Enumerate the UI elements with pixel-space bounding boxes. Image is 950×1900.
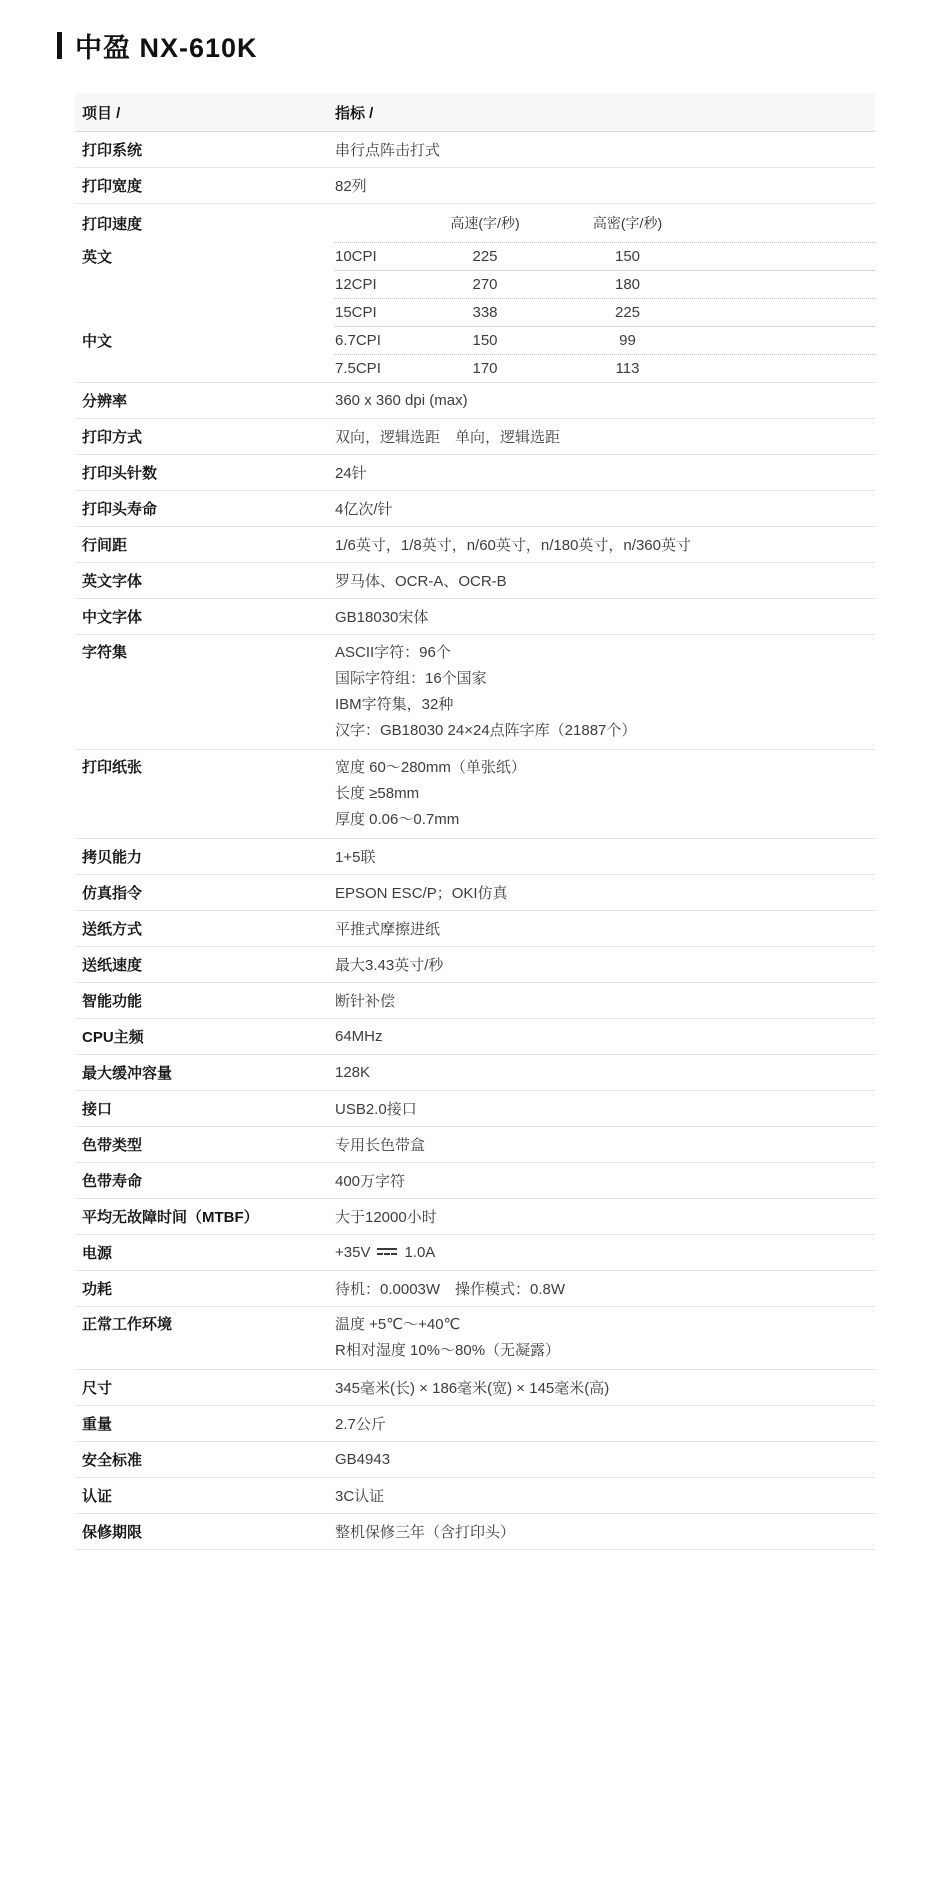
- row-label: 打印纸张: [75, 755, 335, 781]
- speed-value-dense: 113: [555, 360, 700, 377]
- table-row: 送纸速度最大3.43英寸/秒: [75, 947, 875, 983]
- table-row: 分辨率360 x 360 dpi (max): [75, 383, 875, 419]
- row-label: 色带寿命: [75, 1170, 335, 1191]
- row-value-line: ASCII字符：96个: [335, 640, 636, 666]
- row-value: 3C认证: [335, 1485, 384, 1506]
- speed-group-label: 英文: [75, 242, 335, 270]
- table-row: CPU主频64MHz: [75, 1019, 875, 1055]
- row-value: 双向，逻辑选距 单向，逻辑选距: [335, 426, 560, 447]
- speed-group-label: 中文: [75, 326, 335, 354]
- row-value: EPSON ESC/P；OKI仿真: [335, 882, 508, 903]
- row-value: 1+5联: [335, 846, 375, 867]
- row-label: 正常工作环境: [75, 1312, 335, 1338]
- speed-cpi-label: 6.7CPI: [335, 332, 415, 349]
- row-value: GB4943: [335, 1451, 390, 1468]
- table-row: 送纸方式平推式摩擦进纸: [75, 911, 875, 947]
- row-value: ASCII字符：96个国际字符组：16个国家IBM字符集，32种汉字：GB180…: [335, 640, 636, 744]
- row-label: 保修期限: [75, 1521, 335, 1542]
- header-spec-cell: 指标 /: [335, 102, 373, 123]
- speed-value-fast: 270: [415, 276, 555, 293]
- speed-row: 15CPI338225: [75, 298, 875, 326]
- table-row: 最大缓冲容量128K: [75, 1055, 875, 1091]
- row-value-line: 厚度 0.06～0.7mm: [335, 807, 526, 833]
- spec-table: 项目 / 指标 / 打印系统串行点阵击打式打印宽度82列打印速度高速(字/秒)高…: [75, 93, 875, 1550]
- row-label: 送纸方式: [75, 918, 335, 939]
- table-row: 电源+35V1.0A: [75, 1235, 875, 1271]
- table-row: 打印头针数24针: [75, 455, 875, 491]
- speed-col-header-fast: 高速(字/秒): [415, 213, 555, 233]
- row-label: CPU主频: [75, 1026, 335, 1047]
- speed-value-fast: 225: [415, 248, 555, 265]
- table-row: 智能功能断针补偿: [75, 983, 875, 1019]
- speed-col-header-dense: 高密(字/秒): [555, 213, 700, 233]
- speed-value-fast: 338: [415, 304, 555, 321]
- title-block: 中盈 NX-610K: [57, 30, 950, 60]
- speed-value-dense: 225: [555, 304, 700, 321]
- speed-group-label: [75, 298, 335, 326]
- table-row: 打印纸张宽度 60～280mm（单张纸）长度 ≥58mm厚度 0.06～0.7m…: [75, 750, 875, 839]
- row-label: 色带类型: [75, 1134, 335, 1155]
- row-label: 尺寸: [75, 1377, 335, 1398]
- row-value: 最大3.43英寸/秒: [335, 954, 443, 975]
- speed-cpi-label: 7.5CPI: [335, 360, 415, 377]
- table-row: 打印系统串行点阵击打式: [75, 132, 875, 168]
- speed-value-fast: 170: [415, 360, 555, 377]
- row-label: 平均无故障时间（MTBF）: [75, 1206, 335, 1227]
- row-label: 分辨率: [75, 390, 335, 411]
- row-value-line: 国际字符组：16个国家: [335, 666, 636, 692]
- table-row: 色带类型专用长色带盒: [75, 1127, 875, 1163]
- table-row: 功耗待机：0.0003W 操作模式：0.8W: [75, 1271, 875, 1307]
- row-label: 打印宽度: [75, 175, 335, 196]
- row-value: 罗马体、OCR-A、OCR-B: [335, 570, 507, 591]
- row-value: 24针: [335, 462, 367, 483]
- table-row: 打印头寿命4亿次/针: [75, 491, 875, 527]
- table-row: 认证3C认证: [75, 1478, 875, 1514]
- row-value: 串行点阵击打式: [335, 139, 440, 160]
- table-row: 英文字体罗马体、OCR-A、OCR-B: [75, 563, 875, 599]
- row-value: USB2.0接口: [335, 1098, 417, 1119]
- row-label: 拷贝能力: [75, 846, 335, 867]
- page-title: 中盈 NX-610K: [75, 26, 258, 65]
- row-value: 大于12000小时: [335, 1206, 437, 1227]
- table-row: 打印宽度82列: [75, 168, 875, 204]
- power-current: 1.0A: [404, 1244, 435, 1261]
- row-label: 打印头针数: [75, 462, 335, 483]
- table-header-row: 项目 / 指标 /: [75, 93, 875, 132]
- power-voltage: +35V: [335, 1244, 370, 1261]
- row-value: 4亿次/针: [335, 498, 393, 519]
- row-value: GB18030宋体: [335, 606, 428, 627]
- speed-value-dense: 99: [555, 332, 700, 349]
- row-value: 整机保修三年（含打印头）: [335, 1521, 515, 1542]
- speed-row: 7.5CPI170113: [75, 354, 875, 382]
- speed-row: 中文6.7CPI15099: [75, 326, 875, 354]
- speed-cpi-label: 15CPI: [335, 304, 415, 321]
- table-row: 正常工作环境温度 +5℃～+40℃R相对湿度 10%～80%（无凝露）: [75, 1307, 875, 1370]
- dc-current-icon: [377, 1248, 397, 1255]
- row-label: 打印方式: [75, 426, 335, 447]
- table-row: 平均无故障时间（MTBF）大于12000小时: [75, 1199, 875, 1235]
- row-value-line: 汉字：GB18030 24×24点阵字库（21887个）: [335, 718, 636, 744]
- row-label: 打印头寿命: [75, 498, 335, 519]
- row-label: 功耗: [75, 1278, 335, 1299]
- row-value-line: 长度 ≥58mm: [335, 781, 526, 807]
- row-value: 温度 +5℃～+40℃R相对湿度 10%～80%（无凝露）: [335, 1312, 560, 1364]
- row-value: 64MHz: [335, 1028, 383, 1045]
- table-row: 中文字体GB18030宋体: [75, 599, 875, 635]
- row-label: 字符集: [75, 640, 335, 666]
- row-value: 断针补偿: [335, 990, 395, 1011]
- table-row-speed: 打印速度高速(字/秒)高密(字/秒)英文10CPI22515012CPI2701…: [75, 204, 875, 383]
- table-row: 字符集ASCII字符：96个国际字符组：16个国家IBM字符集，32种汉字：GB…: [75, 635, 875, 750]
- speed-cpi-label: 10CPI: [335, 248, 415, 265]
- row-label: 重量: [75, 1413, 335, 1434]
- row-value: +35V1.0A: [335, 1244, 435, 1261]
- row-value: 360 x 360 dpi (max): [335, 392, 468, 409]
- speed-value-fast: 150: [415, 332, 555, 349]
- row-label: 仿真指令: [75, 882, 335, 903]
- row-value: 专用长色带盒: [335, 1134, 425, 1155]
- row-value-line: 宽度 60～280mm（单张纸）: [335, 755, 526, 781]
- table-row: 保修期限整机保修三年（含打印头）: [75, 1514, 875, 1550]
- row-label: 打印系统: [75, 139, 335, 160]
- title-accent-bar: [57, 32, 62, 59]
- table-body: 打印系统串行点阵击打式打印宽度82列打印速度高速(字/秒)高密(字/秒)英文10…: [75, 132, 875, 1550]
- table-row: 尺寸345毫米(长) × 186毫米(宽) × 145毫米(高): [75, 1370, 875, 1406]
- row-value: 1/6英寸，1/8英寸，n/60英寸，n/180英寸，n/360英寸: [335, 534, 691, 555]
- table-row: 色带寿命400万字符: [75, 1163, 875, 1199]
- table-row: 重量2.7公斤: [75, 1406, 875, 1442]
- row-value: 128K: [335, 1064, 370, 1081]
- row-value: 待机：0.0003W 操作模式：0.8W: [335, 1278, 565, 1299]
- table-row: 行间距1/6英寸，1/8英寸，n/60英寸，n/180英寸，n/360英寸: [75, 527, 875, 563]
- spec-page: 中盈 NX-610K 项目 / 指标 / 打印系统串行点阵击打式打印宽度82列打…: [0, 0, 950, 1550]
- row-label: 认证: [75, 1485, 335, 1506]
- table-row: 打印方式双向，逻辑选距 单向，逻辑选距: [75, 419, 875, 455]
- row-label: 最大缓冲容量: [75, 1062, 335, 1083]
- row-label: 送纸速度: [75, 954, 335, 975]
- row-label: 电源: [75, 1242, 335, 1263]
- row-value: 400万字符: [335, 1170, 405, 1191]
- row-label: 打印速度: [75, 204, 335, 242]
- table-row: 接口USB2.0接口: [75, 1091, 875, 1127]
- speed-group-label: [75, 270, 335, 298]
- row-value: 平推式摩擦进纸: [335, 918, 440, 939]
- speed-header-row: 打印速度高速(字/秒)高密(字/秒): [75, 204, 875, 242]
- row-label: 英文字体: [75, 570, 335, 591]
- header-item-cell: 项目 /: [75, 102, 335, 123]
- speed-row: 12CPI270180: [75, 270, 875, 298]
- row-value: 2.7公斤: [335, 1413, 386, 1434]
- table-row: 仿真指令EPSON ESC/P；OKI仿真: [75, 875, 875, 911]
- speed-group-label: [75, 354, 335, 382]
- table-row: 安全标准GB4943: [75, 1442, 875, 1478]
- speed-cpi-label: 12CPI: [335, 276, 415, 293]
- row-value-line: IBM字符集，32种: [335, 692, 636, 718]
- row-label: 中文字体: [75, 606, 335, 627]
- speed-row: 英文10CPI225150: [75, 242, 875, 270]
- row-value-line: R相对湿度 10%～80%（无凝露）: [335, 1338, 560, 1364]
- row-label: 行间距: [75, 534, 335, 555]
- row-label: 智能功能: [75, 990, 335, 1011]
- table-row: 拷贝能力1+5联: [75, 839, 875, 875]
- row-label: 安全标准: [75, 1449, 335, 1470]
- row-label: 接口: [75, 1098, 335, 1119]
- speed-value-dense: 150: [555, 248, 700, 265]
- speed-value-dense: 180: [555, 276, 700, 293]
- row-value: 82列: [335, 175, 367, 196]
- row-value: 宽度 60～280mm（单张纸）长度 ≥58mm厚度 0.06～0.7mm: [335, 755, 526, 833]
- row-value-line: 温度 +5℃～+40℃: [335, 1312, 560, 1338]
- row-value: 345毫米(长) × 186毫米(宽) × 145毫米(高): [335, 1377, 609, 1398]
